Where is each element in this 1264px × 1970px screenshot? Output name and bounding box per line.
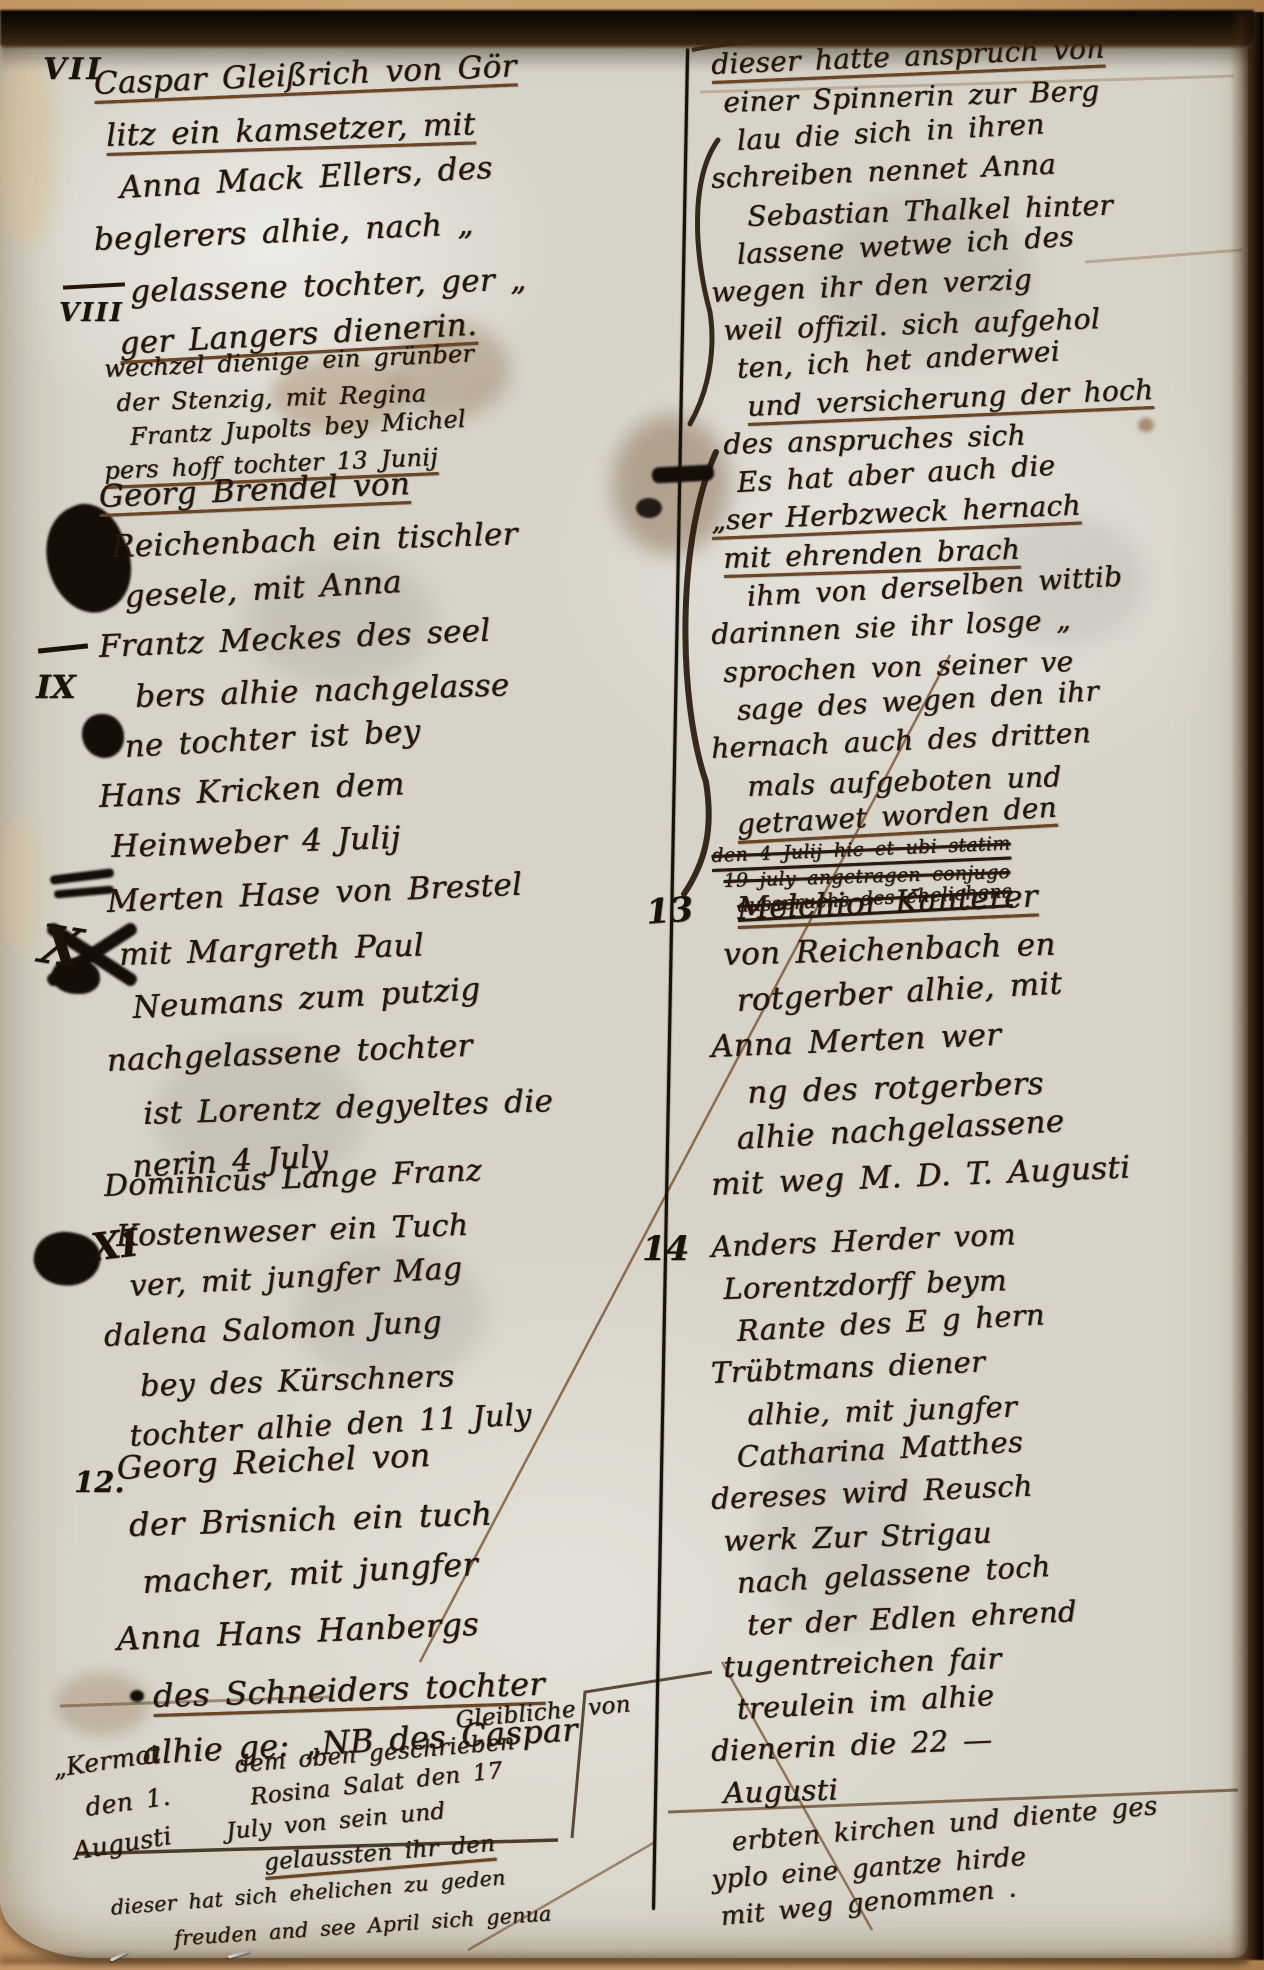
binding-right-edge xyxy=(1230,12,1264,1960)
manuscript-photo: VIICaspar Gleißrich von Görlitz ein kams… xyxy=(0,0,1264,1970)
register-page-paper xyxy=(0,14,1248,1958)
binding-top-shadow xyxy=(0,44,1250,70)
page-bottom-shadow xyxy=(0,1950,1248,1964)
binding-top-edge xyxy=(0,10,1254,48)
